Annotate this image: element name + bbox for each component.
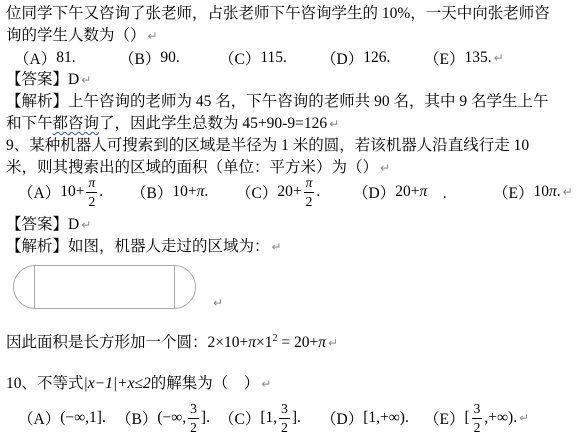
q8-stem-line1: 位同学下午又咨询了张老师，占张老师下午咨询学生的 10%，一天中向张老师咨 xyxy=(6,3,578,25)
q8-answer-line: 【答案】D↵ xyxy=(6,69,578,91)
paragraph-mark-icon: ↵ xyxy=(519,411,529,425)
q9-option-e: （E）10π.↵ xyxy=(493,175,573,209)
paragraph-mark-icon: ↵ xyxy=(272,240,282,254)
q10-option-d: （D）[1,+∞). xyxy=(321,398,409,438)
q10-option-e: （E）[32,+∞).↵ xyxy=(424,398,529,438)
q8-option-e: （E）135.↵ xyxy=(424,47,504,69)
q8-stem-line2: 询的学生人数为（）↵ xyxy=(6,25,578,47)
q9-explanation-line: 【解析】如图，机器人走过的区域为：↵ xyxy=(6,236,578,258)
fraction: 32 xyxy=(279,402,290,434)
q10-stem-line: 10、不等式|x−1|+x≤2的解集为（ ）↵ xyxy=(6,372,578,396)
inequality-expression: |x−1|+x≤2 xyxy=(84,375,151,392)
paragraph-mark-icon: ↵ xyxy=(328,336,338,350)
q8-option-a: （A）81. xyxy=(14,47,76,69)
q10-option-b: （B）(−∞,32]. xyxy=(116,398,210,438)
paragraph-mark-icon: ↵ xyxy=(494,51,504,65)
q8-answer-value: D xyxy=(68,71,79,88)
q9-stem-line1: 9、某种机器人可搜索到的区域是半径为 1 米的圆，若该机器人沿直线行走 10 xyxy=(6,135,578,157)
fraction: 32 xyxy=(188,402,199,434)
q8-option-d: （D）126. xyxy=(321,47,390,69)
q10-options-row: （A）(−∞,1]. （B）(−∞,32]. （C）[1,32]. （D）[1,… xyxy=(6,398,578,438)
paragraph-mark-icon: ↵ xyxy=(81,73,91,87)
q9-options-row: （A）10+π2. （B）10+π. （C）20+π2. （D）20+π . （… xyxy=(6,175,578,209)
paragraph-mark-icon: ↵ xyxy=(213,296,223,310)
paragraph-mark-icon: ↵ xyxy=(380,161,390,175)
paragraph-mark-icon: ↵ xyxy=(563,185,573,199)
q9-option-c: （C）20+π2. xyxy=(236,175,320,209)
paragraph-mark-icon: ↵ xyxy=(148,29,158,43)
q8-explanation-line1: 【解析】上午咨询的老师为 45 名，下午咨询的老师共 90 名，其中 9 名学生… xyxy=(6,91,578,113)
q8-stem-line2-text: 询的学生人数为（） xyxy=(6,27,146,44)
fraction: π2 xyxy=(304,176,315,208)
q9-option-d: （D）20+π . xyxy=(353,175,447,209)
q9-area-formula-line: 因此面积是长方形加一个圆：2×10+π×12 = 20+π↵ xyxy=(6,331,578,355)
fraction: 32 xyxy=(472,402,483,434)
q10-option-a: （A）(−∞,1]. xyxy=(18,398,106,438)
q8-options-row: （A）81. （B）90. （C）115. （D）126. （E）135.↵ xyxy=(6,47,578,69)
fraction: π2 xyxy=(86,176,97,208)
paragraph-mark-icon: ↵ xyxy=(81,218,91,232)
paragraph-mark-icon: ↵ xyxy=(261,377,271,391)
q9-answer-value: D xyxy=(68,216,79,233)
paragraph-mark-icon: ↵ xyxy=(329,117,339,131)
q10-option-c: （C）[1,32]. xyxy=(219,398,301,438)
answer-label: 【答案】 xyxy=(6,71,68,88)
q9-option-b: （B）10+π. xyxy=(131,175,208,209)
stadium-shape-figure xyxy=(13,265,199,310)
q8-option-b: （B）90. xyxy=(119,47,180,69)
q8-explanation-line2: 和下午都咨询了，因此学生总数为 45+90-9=126↵ xyxy=(6,113,578,135)
answer-label: 【答案】 xyxy=(6,216,68,233)
q8-option-c: （C）115. xyxy=(219,47,287,69)
q9-option-a: （A）10+π2. xyxy=(18,175,103,209)
spellcheck-squiggle-text: 都咨询 xyxy=(53,115,100,132)
q9-figure-row: ↵ xyxy=(13,264,578,310)
q9-answer-line: 【答案】D↵ xyxy=(6,214,578,236)
